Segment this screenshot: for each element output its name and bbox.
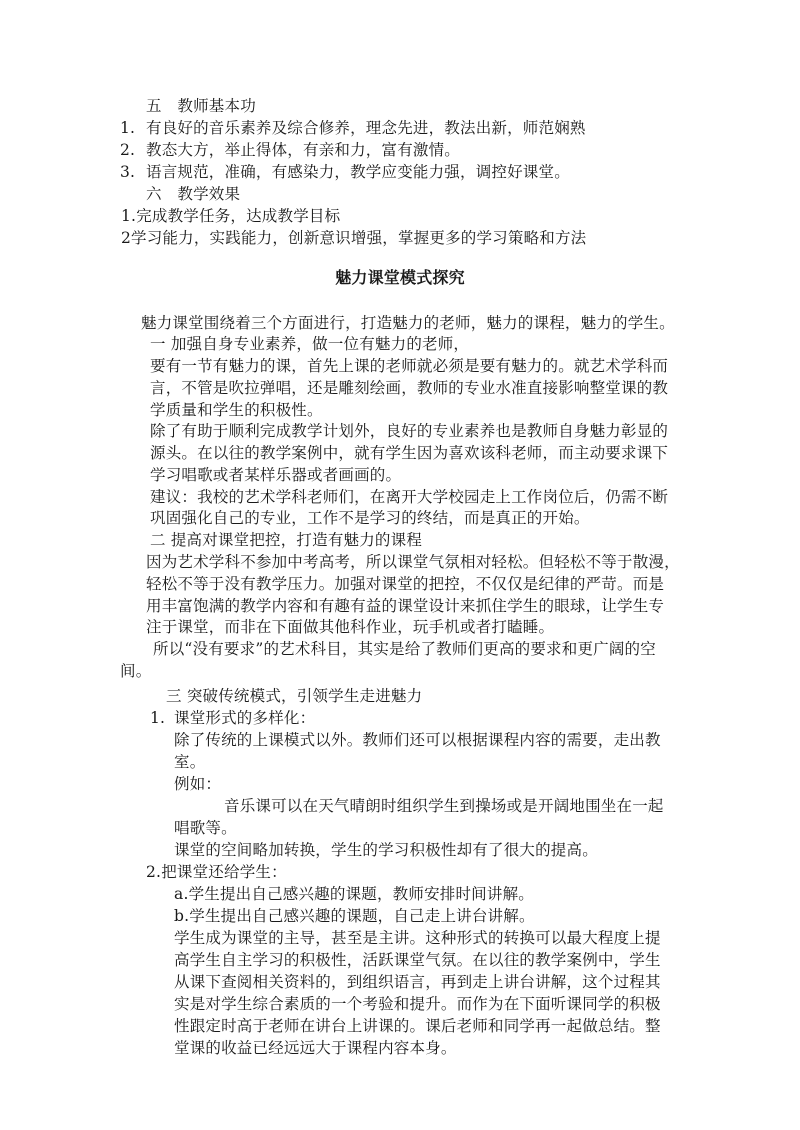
paragraph-line: 巩固强化自己的专业，工作不是学习的终结，而是真正的开始。 (150, 508, 590, 528)
paragraph-line: 从课下查阅相关资料的，到组织语言，再到走上讲台讲解，这个过程其 (174, 972, 661, 992)
part-heading: 一 加强自身专业素养，做一位有魅力的老师， (150, 334, 469, 354)
paragraph-line: 言，不管是吹拉弹唱，还是雕刻绘画，教师的专业水准直接影响整堂课的教 (150, 378, 668, 398)
paragraph-line: 除了有助于顺利完成教学计划外，良好的专业素养也是教师自身魅力彰显的 (150, 421, 668, 441)
paragraph-line: 因为艺术学科不参加中考高考，所以课堂气氛相对轻松。但轻松不等于散漫， (146, 552, 680, 572)
list-item: 语言规范，准确，有感染力，教学应变能力强，调控好课堂。 (146, 162, 570, 182)
article-title: 魅力课堂模式探究 (0, 268, 800, 288)
paragraph-line: 源头。在以往的教学案例中，就有学生因为喜欢该科老师，而主动要求课下 (150, 443, 668, 463)
paragraph-line: 唱歌等。 (174, 818, 237, 838)
list-item: 1.完成教学任务，达成教学目标 (121, 206, 340, 226)
paragraph-line: 堂课的收益已经远远大于课程内容本身。 (174, 1038, 457, 1058)
paragraph-line: 高学生自主学习的积极性，活跃课堂气氛。在以往的教学案例中，学生 (174, 950, 661, 970)
list-number: 2. (120, 140, 135, 160)
paragraph-line: 课堂的空间略加转换，学生的学习积极性却有了很大的提高。 (174, 840, 598, 860)
paragraph-line: 性跟定时高于老师在讲台上讲课的。课后老师和同学再一起做总结。整 (174, 1016, 661, 1036)
paragraph-line: 建议：我校的艺术学科老师们，在离开大学校园走上工作岗位后，仍需不断 (150, 487, 668, 507)
paragraph-line: 轻松不等于没有教学压力。加强对课堂的把控，不仅仅是纪律的严苛。而是 (146, 574, 664, 594)
list-number: 3. (120, 162, 135, 182)
paragraph-line: 间。 (120, 661, 151, 681)
paragraph-line: b.学生提出自己感兴趣的课题，自己走上讲台讲解。 (174, 906, 535, 926)
paragraph-line: 用丰富饱满的教学内容和有趣有益的课堂设计来抓住学生的眼球，让学生专 (146, 596, 664, 616)
part-heading: 二 提高对课堂把控，打造有魅力的课程 (150, 530, 422, 550)
paragraph-line: 实是对学生综合素质的一个考验和提升。而作为在下面听课同学的积极 (174, 994, 661, 1014)
list-number: 1. (150, 708, 165, 728)
list-item: 有良好的音乐素养及综合修养，理念先进，教法出新，师范娴熟 (146, 118, 586, 138)
paragraph-line: 例如： (174, 774, 221, 794)
sub-heading: 2.把课堂还给学生： (146, 862, 287, 882)
section-heading: 五 教师基本功 (146, 96, 256, 116)
section-heading: 六 教学效果 (146, 184, 240, 204)
paragraph-line: 除了传统的上课模式以外。教师们还可以根据课程内容的需要，走出教 (174, 730, 661, 750)
paragraph-line: 学质量和学生的积极性。 (150, 400, 323, 420)
paragraph-line: 音乐课可以在天气晴朗时组织学生到操场或是开阔地围坐在一起 (224, 796, 664, 816)
paragraph-line: 注于课堂，而非在下面做其他科作业，玩手机或者打瞌睡。 (146, 617, 554, 637)
list-item: 教态大方，举止得体，有亲和力，富有激情。 (146, 140, 460, 160)
paragraph-line: 所以“没有要求”的艺术科目，其实是给了教师们更高的要求和更广阔的空 (153, 639, 656, 659)
list-item: 2学习能力，实践能力，创新意识增强，掌握更多的学习策略和方法 (121, 228, 586, 248)
paragraph-line: a.学生提出自己感兴趣的课题，教师安排时间讲解。 (174, 884, 534, 904)
paragraph-line: 学生成为课堂的主导，甚至是主讲。这种形式的转换可以最大程度上提 (174, 928, 661, 948)
paragraph-line: 学习唱歌或者某样乐器或者画画的。 (150, 465, 401, 485)
sub-heading: 课堂形式的多样化： (174, 708, 315, 728)
paragraph-line: 室。 (174, 752, 205, 772)
intro-paragraph: 魅力课堂围绕着三个方面进行，打造魅力的老师，魅力的课程，魅力的学生。 (141, 313, 675, 333)
part-heading: 三 突破传统模式，引领学生走进魅力 (166, 686, 422, 706)
list-number: 1. (120, 118, 135, 138)
paragraph-line: 要有一节有魅力的课，首先上课的老师就必须是要有魅力的。就艺术学科而 (150, 356, 668, 376)
